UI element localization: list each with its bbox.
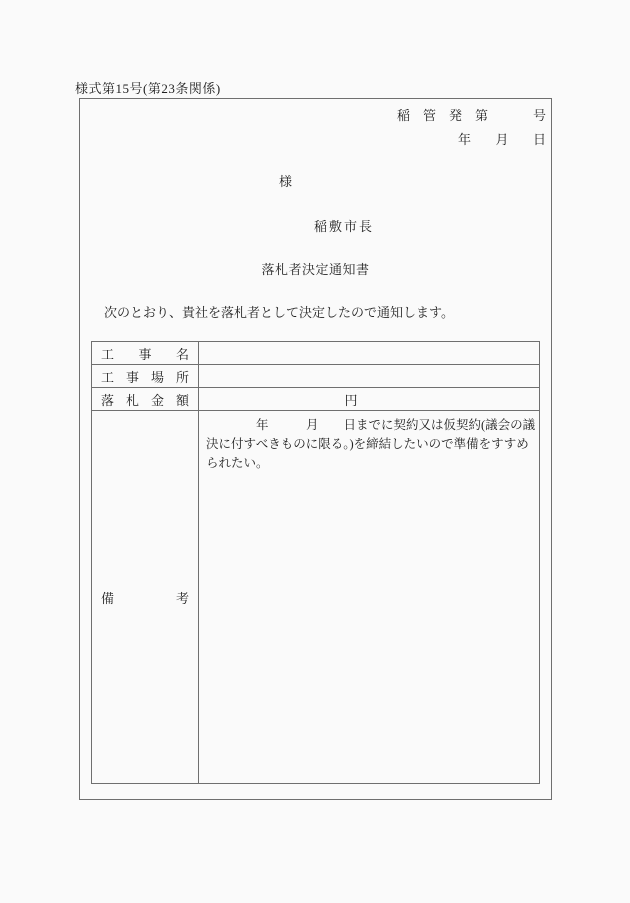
construction-site-value-cell xyxy=(199,365,539,387)
body-sentence: 次のとおり、貴社を落札者として決定したので通知します。 xyxy=(104,302,454,321)
form-number-label: 様式第15号(第23条関係) xyxy=(75,78,221,97)
construction-site-label-cell: 工事場所 xyxy=(92,365,199,387)
table-row-construction-name: 工事名 xyxy=(92,342,539,365)
bid-amount-label: 落札金額 xyxy=(101,390,189,409)
day-label: 日 xyxy=(533,129,546,148)
bid-amount-label-cell: 落札金額 xyxy=(92,388,199,410)
date-line: 年 月 日 xyxy=(458,129,546,148)
remarks-text-line: られたい。 xyxy=(206,454,269,473)
remarks-text-line: 年 月 日までに契約又は仮契約(議会の議 xyxy=(206,416,535,435)
table-row-construction-site: 工事場所 xyxy=(92,365,539,388)
document-frame: 稲管発第 号 年 月 日 様 稲敷市長 落札者決定通知書 次のとおり、貴社を落札… xyxy=(79,98,552,800)
document-page: 様式第15号(第23条関係) 稲管発第 号 年 月 日 様 稲敷市長 落札者決定… xyxy=(0,0,630,903)
bid-amount-value-cell: 円 xyxy=(199,388,539,410)
notice-table: 工事名 工事場所 落札金額 円 備考 xyxy=(91,341,540,784)
doc-number-suffix: 号 xyxy=(533,105,546,124)
construction-name-label: 工事名 xyxy=(101,344,189,363)
table-row-bid-amount: 落札金額 円 xyxy=(92,388,539,411)
construction-site-label: 工事場所 xyxy=(101,367,189,386)
addressee-honorific: 様 xyxy=(279,171,292,190)
remarks-label: 備考 xyxy=(101,588,189,607)
month-label: 月 xyxy=(495,129,508,148)
remarks-text-line: 決に付すべきものに限る。)を締結したいので準備をすすめ xyxy=(206,435,529,454)
construction-name-value-cell xyxy=(199,342,539,364)
doc-number-prefix: 稲管発第 xyxy=(397,105,501,124)
sender-name: 稲敷市長 xyxy=(314,216,374,235)
remarks-label-cell: 備考 xyxy=(92,411,199,783)
remarks-value-cell: 年 月 日までに契約又は仮契約(議会の議 決に付すべきものに限る。)を締結したい… xyxy=(199,411,539,783)
table-row-remarks: 備考 年 月 日までに契約又は仮契約(議会の議 決に付すべきものに限る。)を締結… xyxy=(92,411,539,783)
construction-name-label-cell: 工事名 xyxy=(92,342,199,364)
document-title: 落札者決定通知書 xyxy=(80,259,551,278)
year-label: 年 xyxy=(458,129,471,148)
